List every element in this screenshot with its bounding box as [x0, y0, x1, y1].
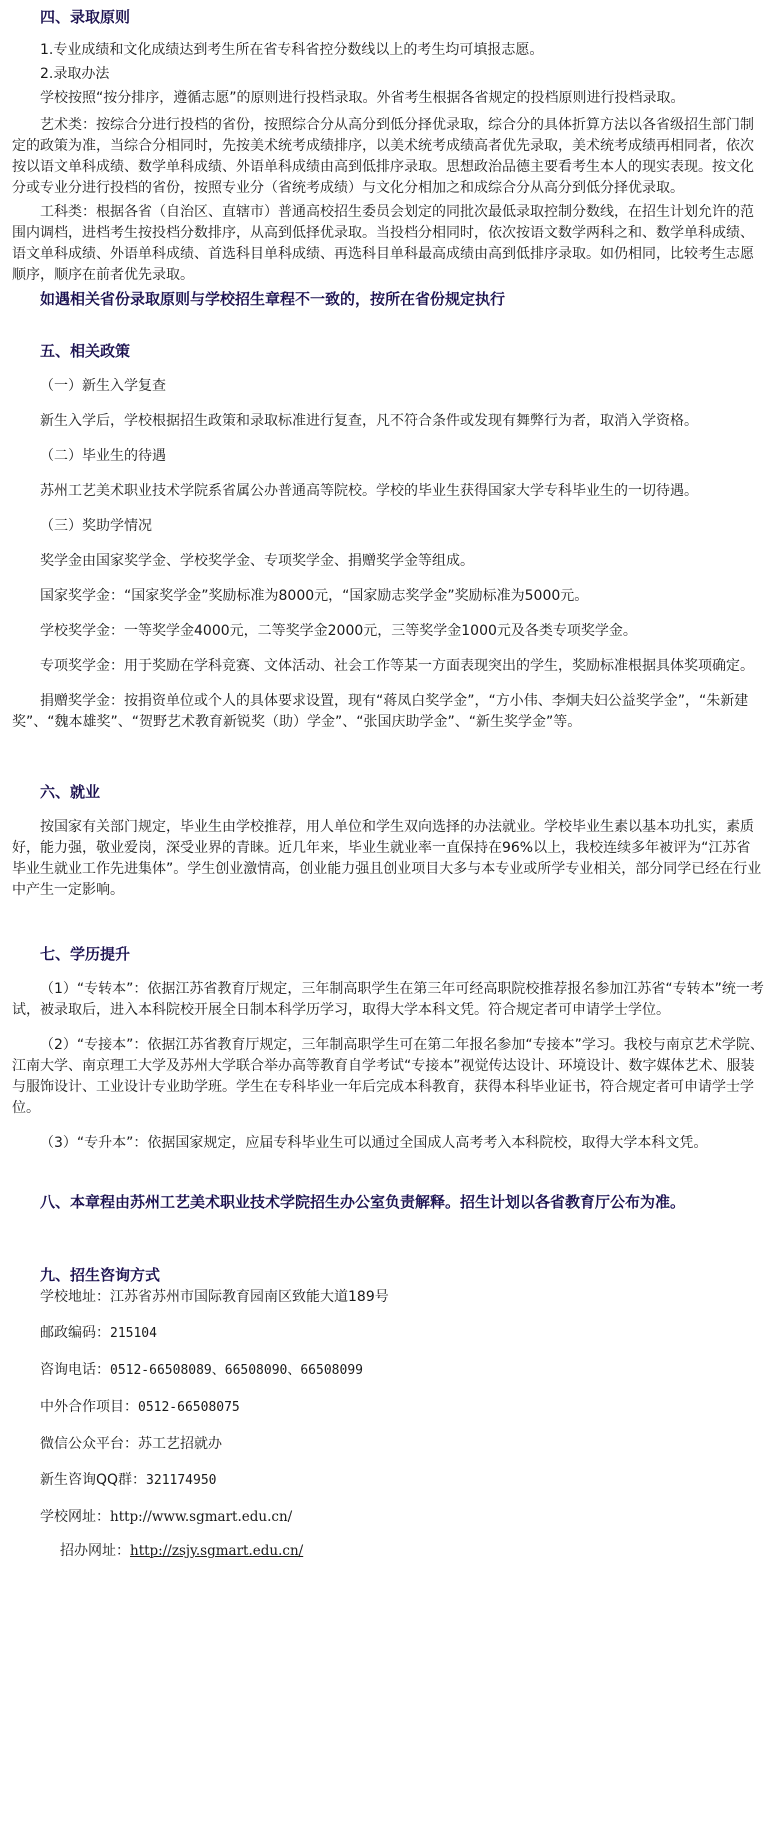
admission-charter-document: 四、录取原则 1.专业成绩和文化成绩达到考生所在省专科省控分数线以上的考生均可填… [0, 0, 774, 1562]
paragraph: 学校按照“按分排序，遵循志愿”的原则进行投档录取。外省考生根据各省规定的投档原则… [12, 88, 764, 109]
paragraph: 专项奖学金：用于奖励在学科竞赛、文体活动、社会工作等某一方面表现突出的学生，奖励… [12, 656, 764, 677]
paragraph: 学校奖学金：一等奖学金4000元，二等奖学金2000元，三等奖学金1000元及各… [12, 621, 764, 642]
contact-value: 苏工艺招就办 [138, 1436, 222, 1452]
paragraph: 奖学金由国家奖学金、学校奖学金、专项奖学金、捐赠奖学金等组成。 [12, 551, 764, 572]
paragraph: 工科类：根据各省（自治区、直辖市）普通高校招生委员会划定的同批次最低录取控制分数… [12, 202, 764, 286]
contact-address: 学校地址：江苏省苏州市国际教育园南区致能大道189号 [12, 1286, 764, 1308]
section-heading: 八、本章程由苏州工艺美术职业技术学院招生办公室负责解释。招生计划以各省教育厅公布… [12, 1190, 764, 1214]
paragraph: 国家奖学金：“国家奖学金”奖励标准为8000元，“国家励志奖学金”奖励标准为50… [12, 586, 764, 607]
contact-phone: 咨询电话：0512-66508089、66508090、66508099 [12, 1359, 764, 1382]
contact-admissions-website: 招办网址：http://zsjy.sgmart.edu.cn/ [12, 1540, 764, 1562]
contact-label: 中外合作项目： [40, 1399, 138, 1415]
section-admission-principles: 四、录取原则 1.专业成绩和文化成绩达到考生所在省专科省控分数线以上的考生均可填… [12, 0, 764, 310]
contact-postcode: 邮政编码：215104 [12, 1322, 764, 1345]
paragraph: 苏州工艺美术职业技术学院系省属公办普通高等院校。学校的毕业生获得国家大学专科毕业… [12, 481, 764, 502]
section-heading: 五、相关政策 [12, 340, 764, 362]
section-heading: 七、学历提升 [12, 943, 764, 965]
admissions-website-link[interactable]: http://zsjy.sgmart.edu.cn/ [130, 1543, 303, 1559]
section-interpretation: 八、本章程由苏州工艺美术职业技术学院招生办公室负责解释。招生计划以各省教育厅公布… [12, 1190, 764, 1214]
section-heading: 六、就业 [12, 781, 764, 803]
contact-value: 0512-66508089、66508090、66508099 [110, 1363, 363, 1378]
contact-label: 微信公众平台： [40, 1436, 138, 1452]
contact-label: 邮政编码： [40, 1325, 110, 1341]
contact-label: 咨询电话： [40, 1362, 110, 1378]
section-employment: 六、就业 按国家有关部门规定，毕业生由学校推荐，用人单位和学生双向选择的办法就业… [12, 781, 764, 901]
contact-label: 学校地址： [40, 1289, 110, 1305]
subheading: （一）新生入学复查 [12, 376, 764, 397]
paragraph: （1）“专转本”：依据江苏省教育厅规定，三年制高职学生在第三年可经高职院校推荐报… [12, 979, 764, 1021]
contact-joint-program: 中外合作项目：0512-66508075 [12, 1396, 764, 1419]
contact-label: 新生咨询QQ群： [40, 1472, 146, 1488]
contact-value: 321174950 [146, 1473, 216, 1488]
contact-label: 学校网址： [40, 1509, 110, 1525]
section-heading: 四、录取原则 [12, 6, 764, 28]
section-education-advancement: 七、学历提升 （1）“专转本”：依据江苏省教育厅规定，三年制高职学生在第三年可经… [12, 943, 764, 1154]
subheading: （三）奖助学情况 [12, 516, 764, 537]
contact-school-website: 学校网址：http://www.sgmart.edu.cn/ [12, 1506, 764, 1528]
contact-value: 0512-66508075 [138, 1400, 240, 1415]
contact-qq-group: 新生咨询QQ群：321174950 [12, 1469, 764, 1492]
paragraph: （2）“专接本”：依据江苏省教育厅规定，三年制高职学生可在第二年报名参加“专接本… [12, 1035, 764, 1119]
paragraph: 捐赠奖学金：按捐资单位或个人的具体要求设置，现有“蒋凤白奖学金”，“方小伟、李炯… [12, 691, 764, 733]
subheading: （二）毕业生的待遇 [12, 446, 764, 467]
contact-value: 江苏省苏州市国际教育园南区致能大道189号 [110, 1289, 389, 1305]
paragraph: 新生入学后，学校根据招生政策和录取标准进行复查，凡不符合条件或发现有舞弊行为者，… [12, 411, 764, 432]
section-related-policies: 五、相关政策 （一）新生入学复查 新生入学后，学校根据招生政策和录取标准进行复查… [12, 340, 764, 733]
provincial-rule-note: 如遇相关省份录取原则与学校招生章程不一致的，按所在省份规定执行 [12, 288, 764, 310]
section-heading: 九、招生咨询方式 [12, 1264, 764, 1286]
paragraph: 艺术类：按综合分进行投档的省份，按照综合分从高分到低分择优录取，综合分的具体折算… [12, 115, 764, 199]
contact-value: 215104 [110, 1326, 157, 1341]
contact-label: 招办网址： [60, 1543, 130, 1559]
school-website-url: http://www.sgmart.edu.cn/ [110, 1509, 292, 1525]
contact-wechat: 微信公众平台：苏工艺招就办 [12, 1433, 764, 1455]
section-contact: 九、招生咨询方式 学校地址：江苏省苏州市国际教育园南区致能大道189号 邮政编码… [12, 1264, 764, 1562]
paragraph: 1.专业成绩和文化成绩达到考生所在省专科省控分数线以上的考生均可填报志愿。 [12, 40, 764, 61]
paragraph: 2.录取办法 [12, 64, 764, 85]
paragraph: 按国家有关部门规定，毕业生由学校推荐，用人单位和学生双向选择的办法就业。学校毕业… [12, 817, 764, 901]
paragraph: （3）“专升本”：依据国家规定，应届专科毕业生可以通过全国成人高考考入本科院校，… [12, 1133, 764, 1154]
